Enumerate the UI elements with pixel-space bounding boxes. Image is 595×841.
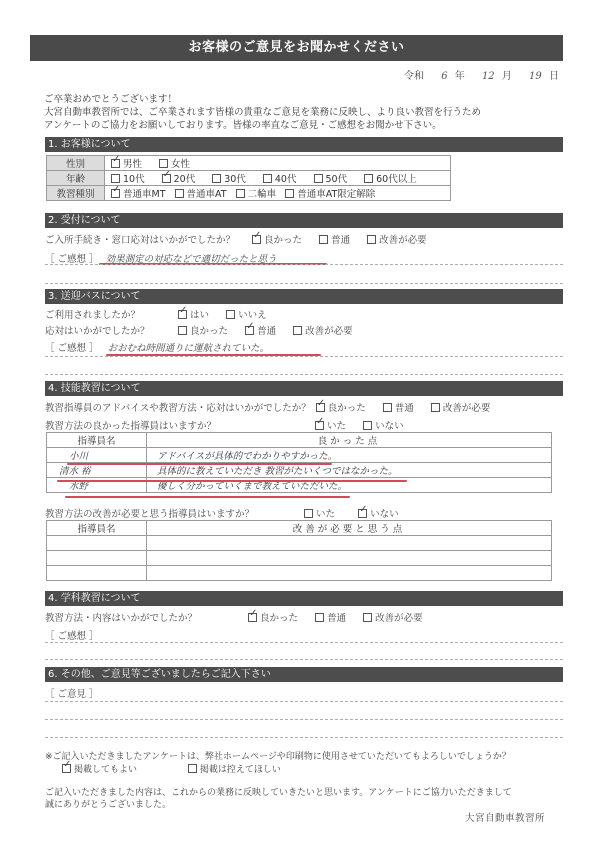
checkbox-icon[interactable] (159, 159, 168, 168)
checkbox-checked-icon[interactable] (315, 421, 324, 430)
good-instructor-no-option[interactable]: いない (363, 421, 404, 432)
checkbox-checked-icon[interactable] (358, 509, 367, 518)
comment-label: ［ ご感想 ］ (45, 631, 99, 642)
bus-service-normal-option[interactable]: 普通 (245, 326, 276, 337)
intro-line-1: ご卒業おめでとうございます！ (44, 93, 564, 106)
option-label: 良かった (190, 326, 228, 337)
section-practical-training-header: 4. 技能教習について (45, 381, 563, 396)
section-classroom-training-header: 4. 学科教習について (45, 591, 563, 606)
checkbox-icon[interactable] (367, 235, 376, 244)
reception-improve-option[interactable]: 改善が必要 (367, 235, 427, 246)
instructor-rating-question: 教習指導員のアドバイスや教習方法・応対はいかがでしたか？ (45, 403, 311, 414)
good-instructor-yes-option[interactable]: いた (315, 421, 346, 432)
instructor-improve-option[interactable]: 改善が必要 (431, 403, 491, 414)
reception-question: ご入所手続き・窓口応対はいかがでしたか？ (45, 235, 235, 246)
bus-usage-question: ご利用されましたか？ (45, 307, 175, 321)
checkbox-checked-icon[interactable] (245, 326, 254, 335)
checkbox-icon[interactable] (111, 174, 120, 183)
option-label: 普通 (331, 235, 350, 246)
option-label: 男性 (123, 159, 142, 170)
bus-service-good-option[interactable]: 良かった (178, 326, 228, 337)
course-at-option[interactable]: 普通車AT (175, 189, 227, 200)
day-label: 日 (549, 71, 559, 82)
age-row: 年齢 10代 20代 30代 40代 50代 60代以上 (47, 171, 451, 186)
instructor-good-option[interactable]: 良かった (316, 403, 366, 414)
option-label: 掲載は控えてほしい (200, 765, 281, 775)
bus-service-row: 応対はいかがでしたか？ 良かった 普通 改善が必要 (45, 323, 367, 337)
comment-line (45, 737, 563, 738)
checkbox-icon[interactable] (319, 235, 328, 244)
checkbox-icon[interactable] (304, 509, 313, 518)
month-label: 月 (502, 71, 512, 82)
checkbox-icon[interactable] (363, 613, 372, 622)
option-label: 普通 (257, 326, 276, 337)
section-other-comments-header: 6. その他、ご意見等ございましたらご記入下さい (45, 667, 563, 682)
improve-instructor-question: 教習方法の改善が必要と思う指導員はいますか？ (45, 506, 301, 520)
other-comment-row: ［ ご意見 ］ (45, 686, 99, 700)
option-label: 普通車MT (123, 189, 166, 200)
instructor-rating-row: 教習指導員のアドバイスや教習方法・応対はいかがでしたか？ 良かった 普通 改善が… (45, 400, 504, 414)
option-label: 普通 (327, 613, 346, 624)
section-customer-header: 1. お客様について (45, 137, 563, 152)
option-label: 改善が必要 (375, 613, 423, 624)
age-60s-option[interactable]: 60代以上 (364, 174, 417, 185)
checkbox-checked-icon[interactable] (248, 613, 257, 622)
improve-instructor-no-option[interactable]: いない (358, 509, 399, 520)
comment-line (45, 642, 563, 643)
table-row: 小川 アドバイスが具体的でわかりやすかった。 (47, 448, 552, 463)
option-label: 掲載してもよい (74, 765, 137, 775)
gender-male-option[interactable]: 男性 (111, 159, 142, 170)
option-label: はい (190, 310, 209, 321)
red-underline (67, 463, 332, 465)
checkbox-icon[interactable] (212, 174, 221, 183)
checkbox-icon[interactable] (178, 326, 187, 335)
option-label: 10代 (123, 174, 145, 185)
age-20s-option[interactable]: 20代 (162, 174, 196, 185)
good-instructor-question: 教習方法の良かった指導員はいますか？ (45, 418, 312, 432)
checkbox-checked-icon[interactable] (316, 403, 325, 412)
comment-line (45, 356, 563, 357)
option-label: 女性 (171, 159, 190, 170)
checkbox-icon[interactable] (285, 189, 294, 198)
option-label: 普通車AT限定解除 (297, 189, 375, 200)
reception-question-row: ご入所手続き・窓口応対はいかがでしたか？ 良かった 普通 改善が必要 (45, 232, 441, 246)
gender-row: 性別 男性 女性 (47, 156, 451, 171)
option-label: 二輪車 (248, 189, 277, 200)
improvement-point-cell[interactable] (147, 536, 552, 551)
checkbox-icon[interactable] (363, 421, 372, 430)
course-type-row: 教習種別 普通車MT 普通車AT 二輪車 普通車AT限定解除 (47, 186, 451, 201)
course-motorcycle-option[interactable]: 二輪車 (236, 189, 277, 200)
reception-good-option[interactable]: 良かった (252, 235, 302, 246)
classroom-improve-option[interactable]: 改善が必要 (363, 613, 423, 624)
bus-comment-row: ［ ご感想 ］ おおむね時間通りに運航されていた。 (45, 340, 269, 354)
intro-line-3: アンケートのご協力をお願いしております。皆様の率直なご意見・ご感想をお聞かせ下さ… (44, 119, 564, 132)
date-year[interactable]: 6 (441, 71, 447, 82)
option-label: いた (316, 509, 335, 520)
checkbox-icon[interactable] (188, 764, 197, 773)
option-label: いない (375, 421, 404, 432)
classroom-good-option[interactable]: 良かった (248, 613, 298, 624)
red-underline (65, 496, 350, 498)
option-label: 普通 (395, 403, 414, 414)
intro-text: ご卒業おめでとうございます！ 大宮自動車教習所では、ご卒業されます皆様の貴重なご… (44, 93, 564, 132)
improvement-point-cell[interactable] (147, 551, 552, 566)
good-point-cell[interactable]: アドバイスが具体的でわかりやすかった。 (147, 448, 552, 463)
option-label: いた (327, 421, 346, 432)
table-header-row: 指導員名 良かった点 (47, 433, 552, 448)
course-at-limit-removal-option[interactable]: 普通車AT限定解除 (285, 189, 375, 200)
age-40s-option[interactable]: 40代 (263, 174, 297, 185)
instructor-name-cell[interactable]: 小川 (47, 448, 147, 463)
option-label: 30代 (224, 174, 246, 185)
classroom-comment-row: ［ ご感想 ］ (45, 628, 99, 642)
checkbox-icon[interactable] (314, 174, 323, 183)
comment-line (45, 701, 563, 702)
checkbox-icon[interactable] (315, 613, 324, 622)
column-header-instructor: 指導員名 (47, 521, 147, 536)
school-signature: 大宮自動車教習所 (465, 813, 545, 825)
option-label: いいえ (238, 310, 267, 321)
bus-comment-field[interactable]: おおむね時間通りに運航されていた。 (108, 343, 270, 354)
age-30s-option[interactable]: 30代 (212, 174, 246, 185)
table-row (47, 551, 552, 566)
date-day[interactable]: 19 (529, 71, 542, 82)
comment-line (45, 283, 563, 284)
consent-decline-option[interactable]: 掲載は控えてほしい (188, 765, 281, 775)
option-label: 40代 (275, 174, 297, 185)
improvement-point-cell[interactable] (147, 566, 552, 581)
checkbox-icon[interactable] (236, 189, 245, 198)
course-type-label: 教習種別 (47, 186, 105, 201)
course-mt-option[interactable]: 普通車MT (111, 189, 166, 200)
checkbox-checked-icon[interactable] (178, 310, 187, 319)
option-label: 改善が必要 (379, 235, 427, 246)
good-instructor-row: 教習方法の良かった指導員はいますか？ いた いない (45, 418, 418, 432)
checkbox-checked-icon[interactable] (162, 174, 171, 183)
date-month[interactable]: 12 (482, 71, 495, 82)
column-header-improvement-points: 改善が必要と思う点 (147, 521, 552, 536)
column-header-instructor: 指導員名 (47, 433, 147, 448)
bus-usage-no-option[interactable]: いいえ (226, 310, 267, 321)
date-field: 令和 6 年 12 月 19 日 (404, 67, 564, 82)
table-row (47, 566, 552, 581)
improve-instructor-row: 教習方法の改善が必要と思う指導員はいますか？ いた いない (45, 506, 413, 520)
checkbox-icon[interactable] (263, 174, 272, 183)
checkbox-checked-icon[interactable] (62, 764, 71, 773)
customer-info-table: 性別 男性 女性 年齢 10代 20代 30代 40代 50代 60代以上 教習… (46, 155, 451, 201)
bus-service-question: 応対はいかがでしたか？ (45, 323, 175, 337)
checkbox-checked-icon[interactable] (111, 159, 120, 168)
bus-usage-yes-option[interactable]: はい (178, 310, 209, 321)
checkbox-checked-icon[interactable] (252, 235, 261, 244)
checkbox-icon[interactable] (226, 310, 235, 319)
option-label: 20代 (174, 174, 196, 185)
date-era: 令和 (404, 71, 424, 82)
instructor-name-cell[interactable] (47, 551, 147, 566)
intro-line-2: 大宮自動車教習所では、ご卒業されます皆様の貴重なご意見を業務に反映し、より良い教… (44, 106, 564, 119)
option-label: 良かった (328, 403, 366, 414)
column-header-good-points: 良かった点 (147, 433, 552, 448)
comment-label: ［ ご意見 ］ (45, 689, 99, 700)
instructor-name-cell[interactable] (47, 566, 147, 581)
option-label: 60代以上 (376, 174, 417, 185)
section-reception-header: 2. 受付について (45, 213, 563, 228)
checkbox-icon[interactable] (364, 174, 373, 183)
option-label: いない (370, 509, 399, 520)
checkbox-checked-icon[interactable] (111, 189, 120, 198)
publication-consent-question: ※ご記入いただきましたアンケートは、弊社ホームページや印刷物に使用させていただい… (45, 751, 511, 763)
age-50s-option[interactable]: 50代 (314, 174, 348, 185)
form-title: お客様のご意見をお聞かせください (30, 35, 563, 61)
table-row (47, 536, 552, 551)
option-label: 良かった (260, 613, 298, 624)
comment-label: ［ ご感想 ］ (45, 343, 99, 354)
option-label: 50代 (326, 174, 348, 185)
thanks-message-line-2: 誠にありがとうございました。 (45, 799, 171, 811)
bus-usage-row: ご利用されましたか？ はい いいえ (45, 307, 281, 321)
improve-instructor-table: 指導員名 改善が必要と思う点 (46, 520, 552, 581)
comment-line (45, 719, 563, 720)
table-header-row: 指導員名 改善が必要と思う点 (47, 521, 552, 536)
option-label: 普通車AT (187, 189, 227, 200)
option-label: 良かった (264, 235, 302, 246)
section-shuttle-bus-header: 3. 送迎バスについて (45, 289, 563, 304)
age-label: 年齢 (47, 171, 105, 186)
improve-instructor-yes-option[interactable]: いた (304, 509, 335, 520)
instructor-name-cell[interactable] (47, 536, 147, 551)
instructor-normal-option[interactable]: 普通 (383, 403, 414, 414)
thanks-message-line-1: ご記入いただきました内容は、これからの業務に反映していきたいと思います。アンケー… (45, 787, 512, 799)
checkbox-icon[interactable] (293, 326, 302, 335)
checkbox-icon[interactable] (431, 403, 440, 412)
reception-normal-option[interactable]: 普通 (319, 235, 350, 246)
publication-consent-options: 掲載してもよい 掲載は控えてほしい (62, 764, 295, 776)
red-underline (57, 480, 407, 482)
option-label: 改善が必要 (305, 326, 353, 337)
classroom-normal-option[interactable]: 普通 (315, 613, 346, 624)
consent-allow-option[interactable]: 掲載してもよい (62, 765, 137, 775)
option-label: 改善が必要 (443, 403, 491, 414)
checkbox-icon[interactable] (175, 189, 184, 198)
year-label: 年 (455, 71, 465, 82)
comment-line (45, 374, 563, 375)
comment-line (45, 659, 563, 660)
comment-line (45, 264, 563, 265)
classroom-question: 教習方法・内容はいかがでしたか？ (45, 610, 245, 624)
bus-service-improve-option[interactable]: 改善が必要 (293, 326, 353, 337)
checkbox-icon[interactable] (383, 403, 392, 412)
classroom-question-row: 教習方法・内容はいかがでしたか？ 良かった 普通 改善が必要 (45, 610, 437, 624)
gender-label: 性別 (47, 156, 105, 171)
